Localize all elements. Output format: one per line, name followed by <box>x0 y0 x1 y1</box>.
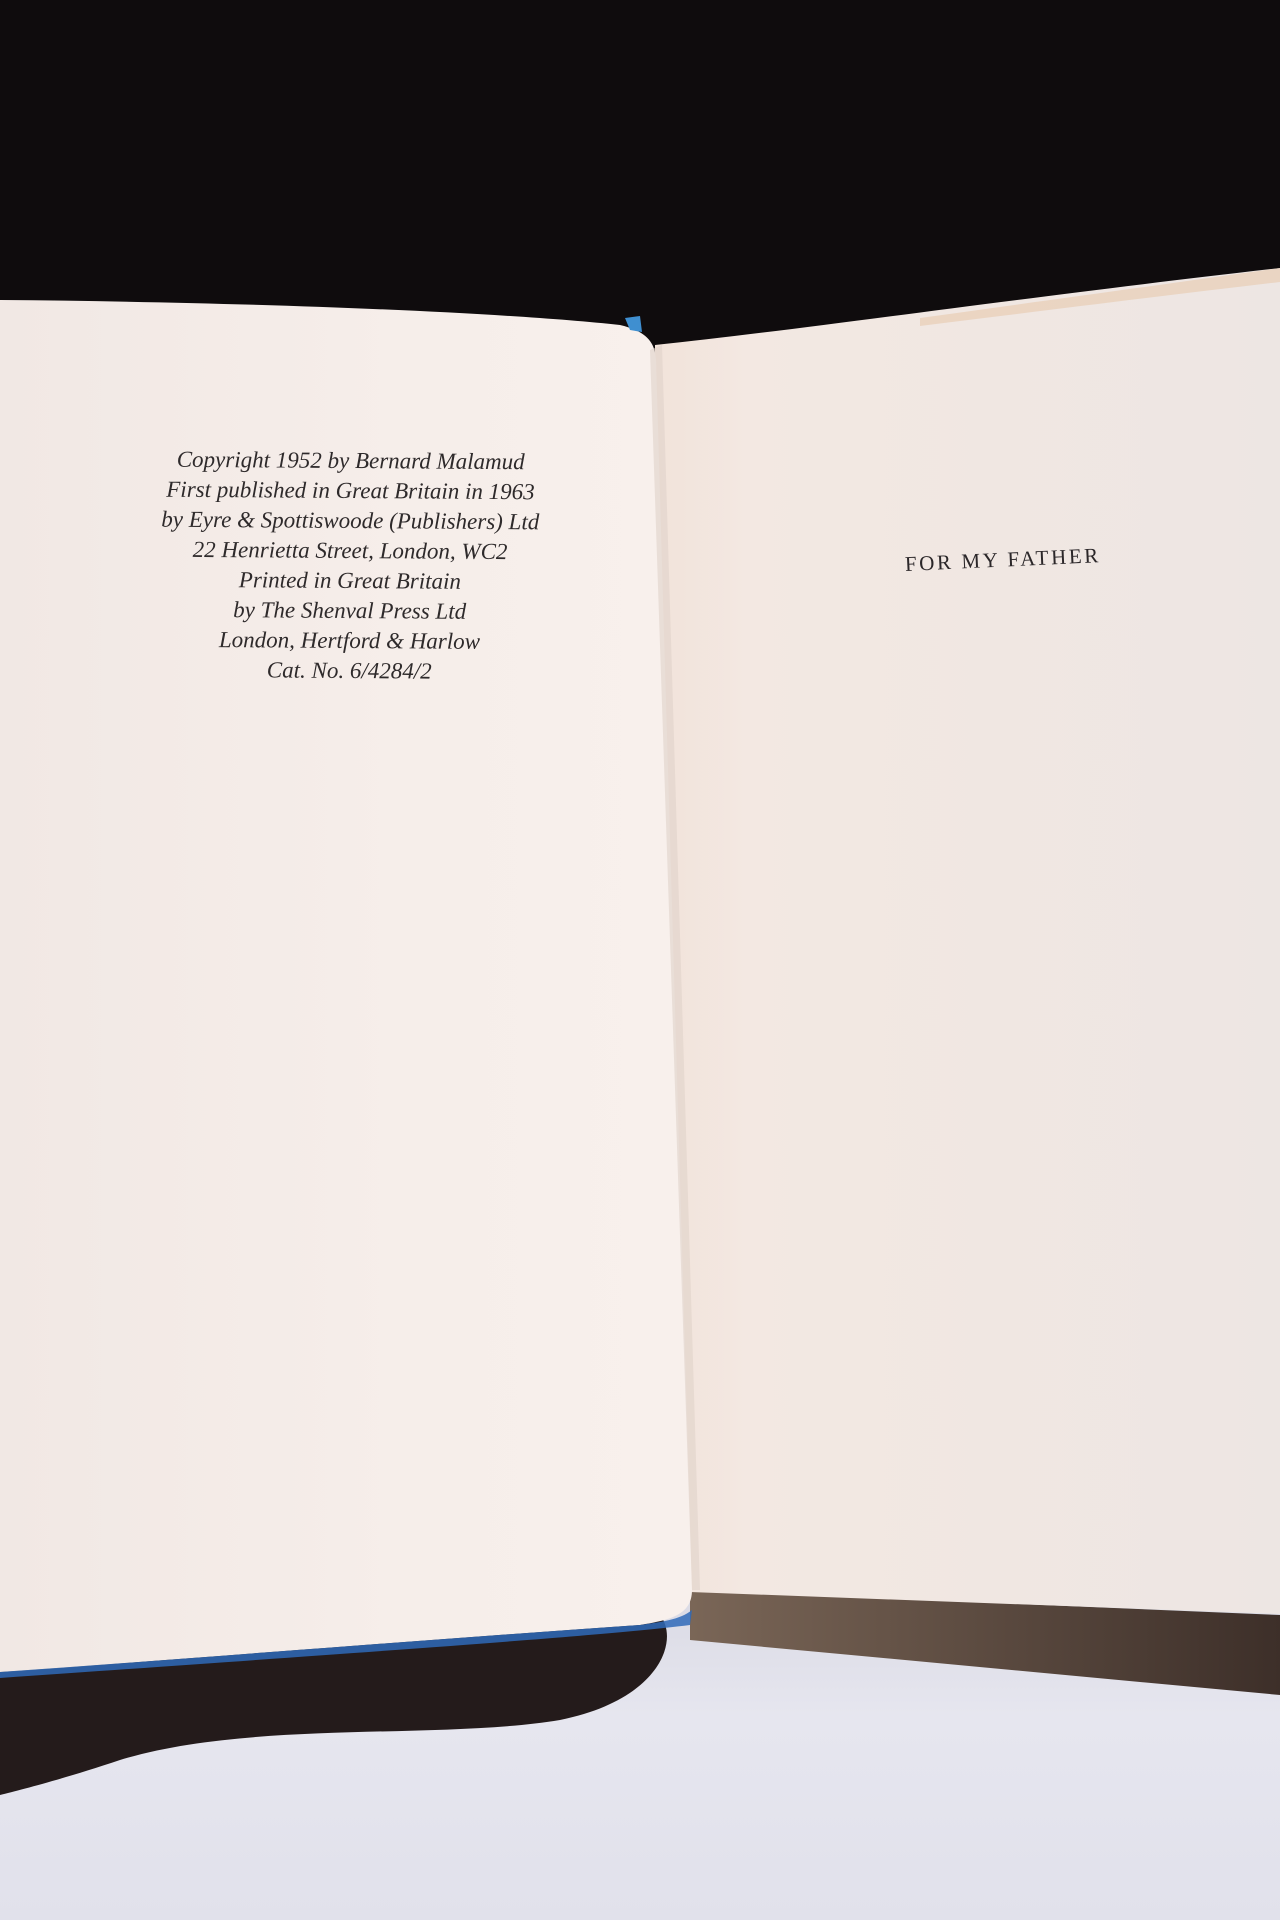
book-photo-scene: Copyright 1952 by Bernard Malamud First … <box>0 0 1280 1920</box>
copyright-line: by Eyre & Spottiswoode (Publishers) Ltd <box>130 504 570 537</box>
copyright-line: by The Shenval Press Ltd <box>130 594 570 627</box>
right-page <box>655 268 1280 1614</box>
copyright-line: London, Hertford & Harlow <box>129 624 569 657</box>
copyright-line: Cat. No. 6/4284/2 <box>129 654 569 687</box>
copyright-line: Printed in Great Britain <box>130 564 570 597</box>
copyright-line: 22 Henrietta Street, London, WC2 <box>130 534 570 567</box>
copyright-notice: Copyright 1952 by Bernard Malamud First … <box>129 444 571 687</box>
copyright-line: First published in Great Britain in 1963 <box>130 474 570 507</box>
copyright-line: Copyright 1952 by Bernard Malamud <box>131 444 571 477</box>
open-book <box>0 0 1280 1920</box>
